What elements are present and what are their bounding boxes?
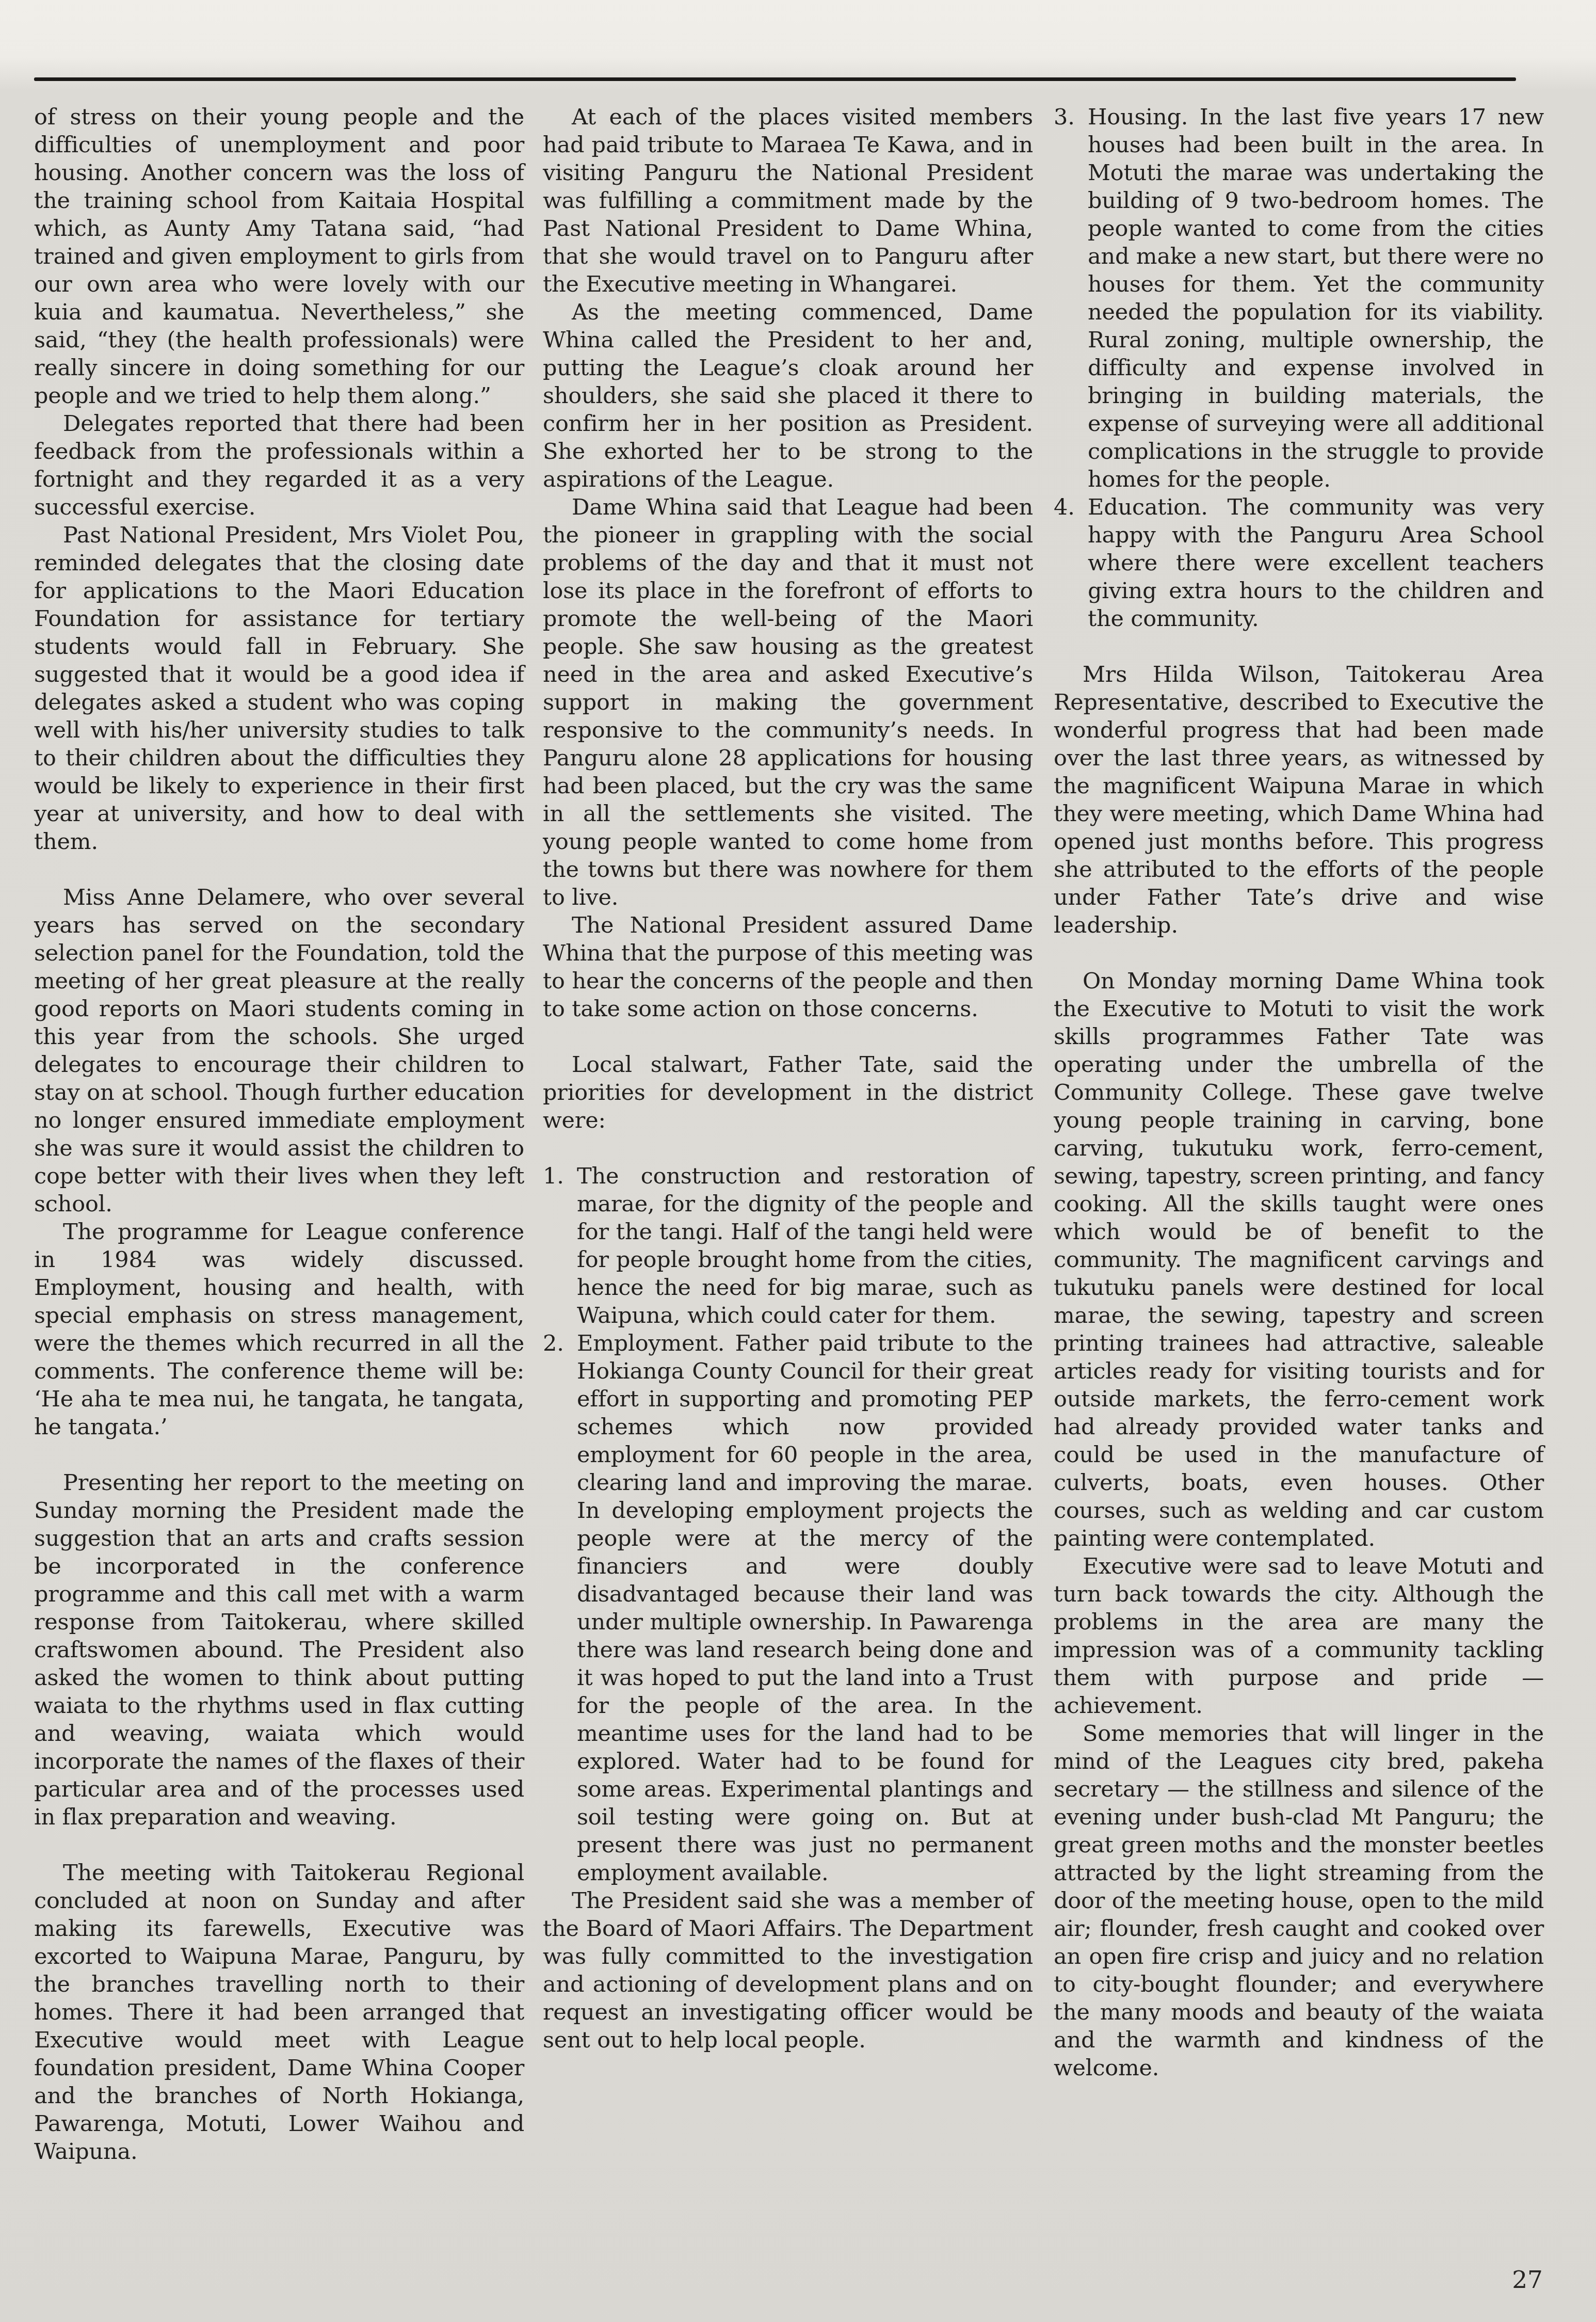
list-item-text: The construction and restoration of mara… xyxy=(577,1163,1033,1328)
paragraph: At each of the places visited members ha… xyxy=(543,103,1033,298)
column-3: 3.Housing. In the last five years 17 new… xyxy=(1054,103,1544,2082)
paragraph: Dame Whina said that League had been the… xyxy=(543,493,1033,911)
paragraph: Mrs Hilda Wilson, Taitokerau Area Repres… xyxy=(1054,661,1544,939)
list-item-text: Employment. Father paid tribute to the H… xyxy=(577,1331,1033,1886)
paragraph: Miss Anne Delamere, who over several yea… xyxy=(34,884,524,1218)
paragraph: The programme for League conference in 1… xyxy=(34,1218,524,1441)
list-item: 3.Housing. In the last five years 17 new… xyxy=(1054,103,1544,493)
list-item: 1.The construction and restoration of ma… xyxy=(543,1162,1033,1330)
paragraph: On Monday morning Dame Whina took the Ex… xyxy=(1054,967,1544,1552)
list-item-number: 3. xyxy=(1054,103,1075,131)
paragraph: Executive were sad to leave Motuti and t… xyxy=(1054,1552,1544,1720)
list-item-number: 1. xyxy=(543,1162,564,1190)
paragraph: The meeting with Taitokerau Regional con… xyxy=(34,1859,524,2166)
list-item-text: Education. The community was very happy … xyxy=(1088,494,1544,632)
list-item-number: 2. xyxy=(543,1330,564,1357)
list-item-number: 4. xyxy=(1054,493,1075,521)
paragraph: The President said she was a member of t… xyxy=(543,1887,1033,2054)
column-2: At each of the places visited members ha… xyxy=(543,103,1033,2054)
top-rule xyxy=(34,77,1516,81)
paragraph: Some memories that will linger in the mi… xyxy=(1054,1720,1544,2082)
list-item: 2.Employment. Father paid tribute to the… xyxy=(543,1330,1033,1887)
paragraph: Local stalwart, Father Tate, said the pr… xyxy=(543,1051,1033,1134)
magazine-page: of stress on their young people and the … xyxy=(0,0,1596,2322)
column-1: of stress on their young people and the … xyxy=(34,103,524,2166)
page-number: 27 xyxy=(1491,2266,1543,2294)
paragraph: Delegates reported that there had been f… xyxy=(34,410,524,521)
paragraph: As the meeting commenced, Dame Whina cal… xyxy=(543,298,1033,493)
list-item: 4.Education. The community was very happ… xyxy=(1054,493,1544,633)
paragraph: Presenting her report to the meeting on … xyxy=(34,1469,524,1831)
list-item-text: Housing. In the last five years 17 new h… xyxy=(1088,104,1544,492)
paragraph: The National President assured Dame Whin… xyxy=(543,911,1033,1023)
paragraph: of stress on their young people and the … xyxy=(34,103,524,410)
paragraph: Past National President, Mrs Violet Pou,… xyxy=(34,521,524,856)
